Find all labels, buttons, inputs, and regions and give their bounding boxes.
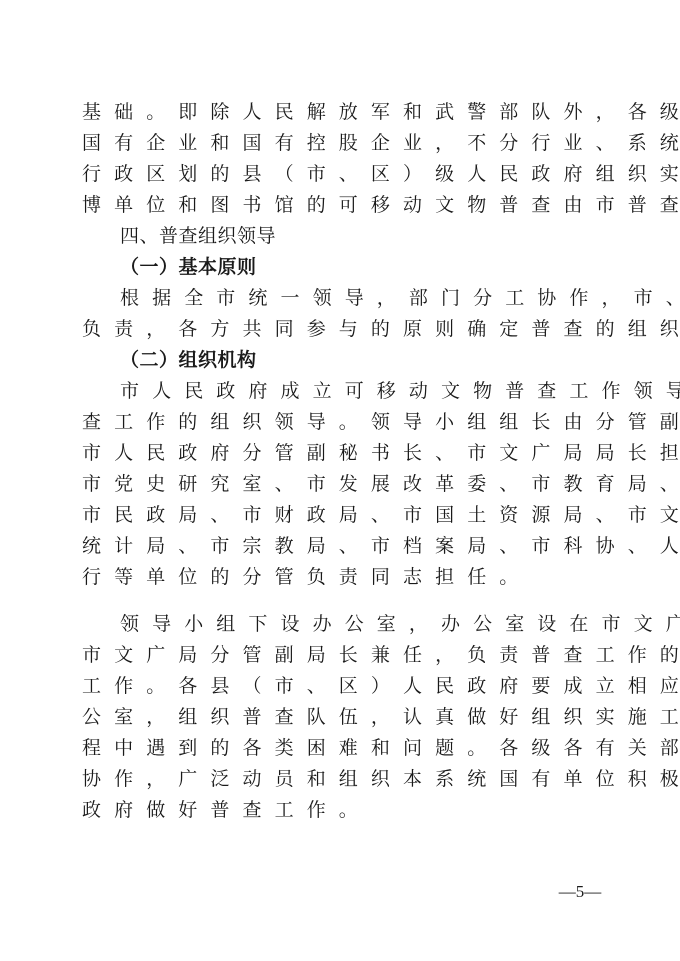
- body-line: 市党史研究室、市发展改革委、市教育局、市科技局、市民委、: [82, 469, 602, 499]
- body-line: 公室，组织普查队伍，认真做好组织实施工作，及时解决普查过: [82, 702, 602, 732]
- body-line: 行政区划的县（市、区）级人民政府组织实施普查工作。市级文: [82, 159, 602, 189]
- body-line: 政府做好普查工作。: [82, 795, 602, 825]
- subsection-heading: （二）组织机构: [120, 345, 640, 375]
- body-line: 领导小组下设办公室，办公室设在市文广局，办公室主任由: [120, 609, 640, 639]
- body-line: 协作，广泛动员和组织本系统国有单位积极参加并认真配合地方: [82, 764, 602, 794]
- subsection-heading: （一）基本原则: [120, 252, 640, 282]
- body-line: 根据全市统一领导，部门分工协作，市、县（市、区）分级: [120, 283, 640, 313]
- body-line: 市文广局分管副局长兼任，负责普查工作的日常组织和具体协调: [82, 640, 602, 670]
- page-number: —5—: [540, 880, 620, 904]
- body-line: 工作。各县（市、区）人民政府要成立相应的普查领导小组和办: [82, 671, 602, 701]
- body-line: 查工作的组织领导。领导小组组长由分管副市长担任，副组长由: [82, 407, 602, 437]
- body-line: 行等单位的分管负责同志担任。: [82, 562, 602, 592]
- body-line: 程中遇到的各类困难和问题。各级各有关部门要各司其职，通力: [82, 733, 602, 763]
- body-line: 国有企业和国有控股企业，不分行业、系统、级别，统一由所在: [82, 128, 602, 158]
- body-line: 市民政局、市财政局、市国土资源局、市文广局、市国资委、市: [82, 500, 602, 530]
- body-line: 博单位和图书馆的可移动文物普查由市普查办组织开展。: [82, 190, 602, 220]
- document-page: 基础。即除人民解放军和武警部队外，各级国家机关、事业单位、 国有企业和国有控股企…: [0, 0, 680, 961]
- body-line: 统计局、市宗教局、市档案局、市科协、人民银行河池市中心支: [82, 531, 602, 561]
- body-line: 基础。即除人民解放军和武警部队外，各级国家机关、事业单位、: [82, 97, 602, 127]
- section-heading: 四、普查组织领导: [120, 221, 640, 251]
- body-line: 市人民政府成立可移动文物普查工作领导小组，负责全市普: [120, 376, 640, 406]
- body-line: 负责，各方共同参与的原则确定普查的组织方式。: [82, 314, 602, 344]
- body-line: 市人民政府分管副秘书长、市文广局局长担任，领导小组成员由: [82, 438, 602, 468]
